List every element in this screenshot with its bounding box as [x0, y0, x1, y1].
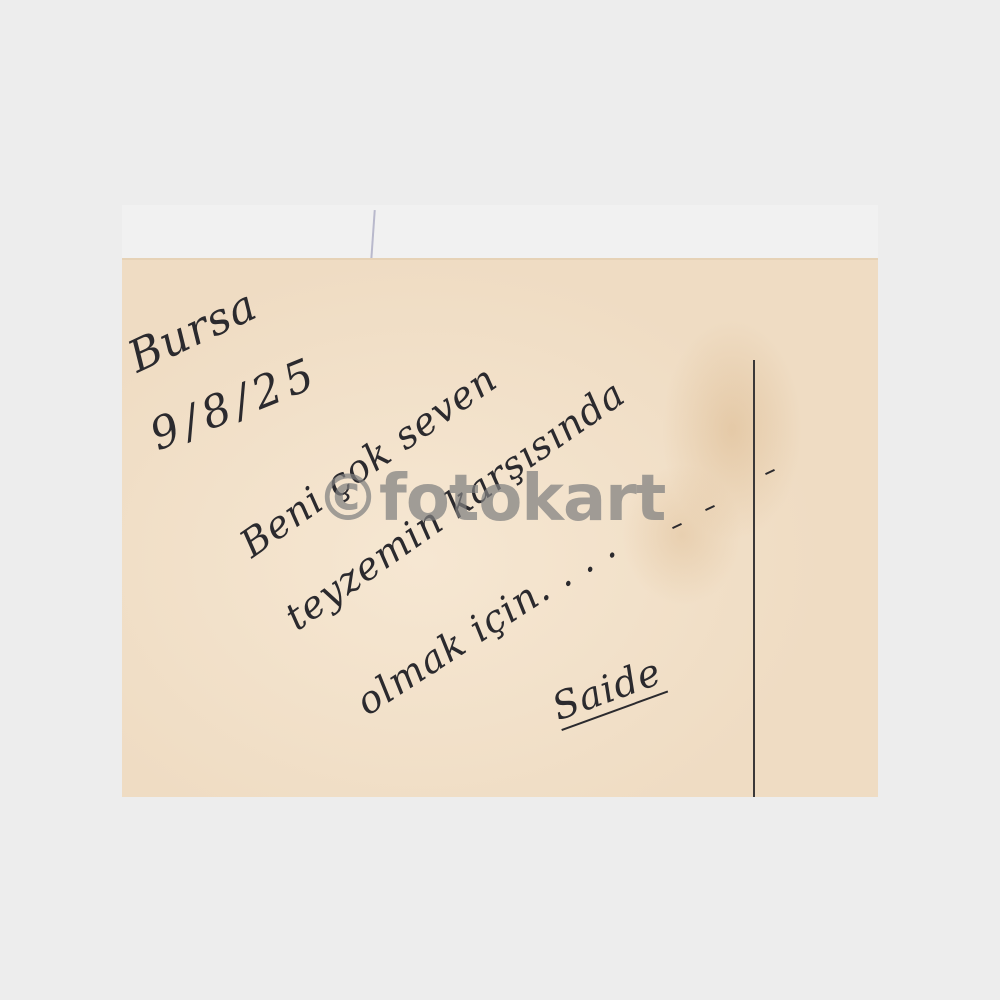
scan-background-strip	[122, 205, 878, 258]
ink-dash	[765, 469, 775, 475]
pen-mark	[370, 210, 375, 260]
handwritten-city: Bursa	[122, 280, 265, 383]
address-divider-line	[753, 360, 755, 797]
ink-dash	[705, 505, 715, 511]
watermark: ©fotokart	[316, 462, 665, 536]
handwritten-signature: Saide	[546, 649, 668, 731]
ink-dash	[672, 523, 682, 529]
